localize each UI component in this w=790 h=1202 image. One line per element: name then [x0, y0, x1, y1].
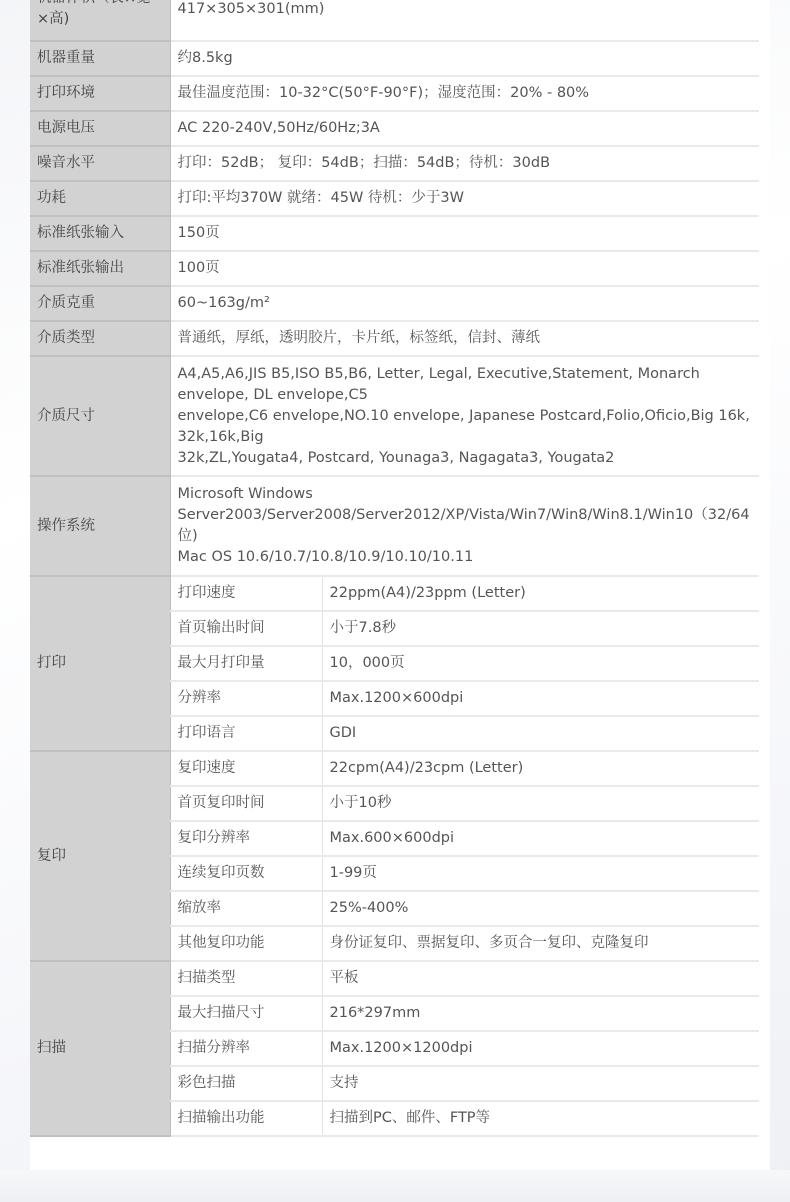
spec-value: 417×305×301(mm) [170, 0, 759, 41]
spec-value: 约8.5kg [170, 41, 759, 76]
spec-label: 介质尺寸 [30, 356, 170, 476]
spec-sublabel: 扫描分辨率 [170, 1031, 322, 1066]
spec-sublabel: 最大扫描尺寸 [170, 996, 322, 1031]
group-label-print: 打印 [30, 576, 170, 751]
spec-sublabel: 复印分辨率 [170, 821, 322, 856]
spec-sublabel: 其他复印功能 [170, 926, 322, 961]
spec-value-line: envelope, DL envelope,C5 [178, 385, 753, 406]
spec-row-weight: 机器重量 约8.5kg [30, 41, 759, 76]
spec-label: 噪音水平 [30, 146, 170, 181]
spec-row-noise: 噪音水平 打印：52dB； 复印：54dB；扫描：54dB；待机：30dB [30, 146, 759, 181]
spec-sublabel: 分辨率 [170, 681, 322, 716]
spec-value: 1-99页 [322, 856, 759, 891]
spec-sublabel: 彩色扫描 [170, 1066, 322, 1101]
spec-table: 机器体积（长×宽×高) 417×305×301(mm) 机器重量 约8.5kg … [30, 0, 759, 1137]
spec-sublabel: 连续复印页数 [170, 856, 322, 891]
spec-value-line: 位) [178, 526, 753, 547]
spec-label: 标准纸张输入 [30, 216, 170, 251]
spec-row-media-weight: 介质克重 60~163g/m² [30, 286, 759, 321]
spec-row-paper-input: 标准纸张输入 150页 [30, 216, 759, 251]
spec-value: Max.1200×1200dpi [322, 1031, 759, 1066]
group-label-copy: 复印 [30, 751, 170, 961]
spec-label: 标准纸张输出 [30, 251, 170, 286]
spec-value: 22ppm(A4)/23ppm (Letter) [322, 576, 759, 611]
spec-value: 10，000页 [322, 646, 759, 681]
spec-sublabel: 首页复印时间 [170, 786, 322, 821]
spec-value: 最佳温度范围：10-32°C(50°F-90°F)；湿度范围：20% - 80% [170, 76, 759, 111]
spec-sublabel: 首页输出时间 [170, 611, 322, 646]
spec-label: 功耗 [30, 181, 170, 216]
spec-row-dimensions: 机器体积（长×宽×高) 417×305×301(mm) [30, 0, 759, 41]
spec-value: 60~163g/m² [170, 286, 759, 321]
spec-value: 150页 [170, 216, 759, 251]
spec-value: 小于10秒 [322, 786, 759, 821]
spec-row-power-voltage: 电源电压 AC 220-240V,50Hz/60Hz;3A [30, 111, 759, 146]
spec-value: 216*297mm [322, 996, 759, 1031]
spec-sublabel: 最大月打印量 [170, 646, 322, 681]
spec-value: 平板 [322, 961, 759, 996]
spec-value-multiline: Microsoft Windows Server2003/Server2008/… [170, 476, 759, 576]
spec-value-line: Mac OS 10.6/10.7/10.8/10.9/10.10/10.11 [178, 547, 753, 568]
spec-value: Max.1200×600dpi [322, 681, 759, 716]
spec-sublabel: 复印速度 [170, 751, 322, 786]
spec-row-os: 操作系统 Microsoft Windows Server2003/Server… [30, 476, 759, 576]
spec-value: 25%-400% [322, 891, 759, 926]
spec-value-line: Microsoft Windows [178, 484, 753, 505]
spec-value: 22cpm(A4)/23cpm (Letter) [322, 751, 759, 786]
spec-value: 小于7.8秒 [322, 611, 759, 646]
spec-label: 打印环境 [30, 76, 170, 111]
group-label-scan: 扫描 [30, 961, 170, 1136]
spec-sublabel: 打印速度 [170, 576, 322, 611]
spec-sublabel: 缩放率 [170, 891, 322, 926]
spec-label: 机器重量 [30, 41, 170, 76]
spec-row-environment: 打印环境 最佳温度范围：10-32°C(50°F-90°F)；湿度范围：20% … [30, 76, 759, 111]
spec-value: 扫描到PC、邮件、FTP等 [322, 1101, 759, 1136]
spec-value: 100页 [170, 251, 759, 286]
spec-value: 打印:平均370W 就绪：45W 待机：少于3W [170, 181, 759, 216]
spec-sublabel: 扫描输出功能 [170, 1101, 322, 1136]
spec-value: GDI [322, 716, 759, 751]
spec-value-multiline: A4,A5,A6,JIS B5,ISO B5,B6, Letter, Legal… [170, 356, 759, 476]
spec-row-power-consumption: 功耗 打印:平均370W 就绪：45W 待机：少于3W [30, 181, 759, 216]
spec-sublabel: 打印语言 [170, 716, 322, 751]
spec-value: 支持 [322, 1066, 759, 1101]
spec-row-copy-speed: 复印 复印速度 22cpm(A4)/23cpm (Letter) [30, 751, 759, 786]
spec-label: 电源电压 [30, 111, 170, 146]
spec-value: 普通纸，厚纸，透明胶片，卡片纸，标签纸，信封、薄纸 [170, 321, 759, 356]
spec-label: 操作系统 [30, 476, 170, 576]
spec-label: 机器体积（长×宽×高) [30, 0, 170, 41]
spec-row-media-size: 介质尺寸 A4,A5,A6,JIS B5,ISO B5,B6, Letter, … [30, 356, 759, 476]
spec-value-line: 32k,16k,Big [178, 427, 753, 448]
spec-row-paper-output: 标准纸张输出 100页 [30, 251, 759, 286]
bottom-background-fade [0, 1170, 790, 1202]
spec-value-line: Server2003/Server2008/Server2012/XP/Vist… [178, 505, 753, 526]
spec-value: 打印：52dB； 复印：54dB；扫描：54dB；待机：30dB [170, 146, 759, 181]
spec-value: AC 220-240V,50Hz/60Hz;3A [170, 111, 759, 146]
spec-sublabel: 扫描类型 [170, 961, 322, 996]
spec-label: 介质克重 [30, 286, 170, 321]
spec-row-media-type: 介质类型 普通纸，厚纸，透明胶片，卡片纸，标签纸，信封、薄纸 [30, 321, 759, 356]
spec-value-line: A4,A5,A6,JIS B5,ISO B5,B6, Letter, Legal… [178, 364, 753, 385]
spec-row-print-speed: 打印 打印速度 22ppm(A4)/23ppm (Letter) [30, 576, 759, 611]
spec-value: Max.600×600dpi [322, 821, 759, 856]
spec-value: 身份证复印、票据复印、多页合一复印、克隆复印 [322, 926, 759, 961]
spec-value-line: envelope,C6 envelope,NO.10 envelope, Jap… [178, 406, 753, 427]
spec-row-scan-type: 扫描 扫描类型 平板 [30, 961, 759, 996]
spec-value-line: 32k,ZL,Yougata4, Postcard, Younaga3, Nag… [178, 448, 753, 469]
spec-label: 介质类型 [30, 321, 170, 356]
